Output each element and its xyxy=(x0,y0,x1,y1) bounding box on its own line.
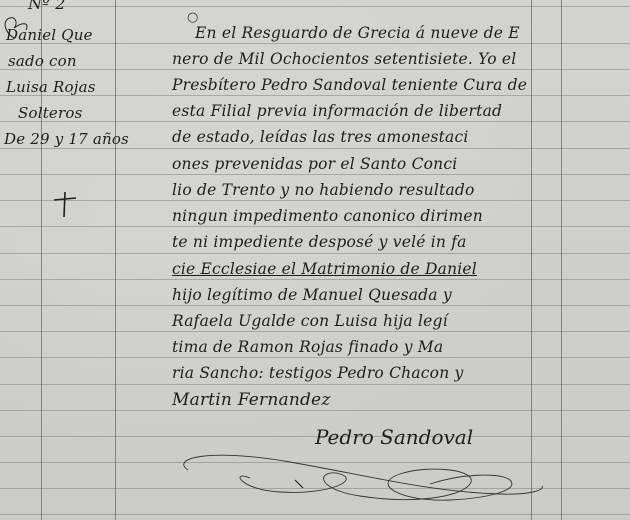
margin-bride-name: Luisa Rojas xyxy=(6,78,96,96)
margin-marital-status: Solteros xyxy=(18,104,83,122)
body-line-8: ningun impedimento canonico dirimen xyxy=(172,207,483,225)
ledger-rule xyxy=(0,174,630,175)
ledger-rule xyxy=(0,200,630,201)
ledger-rule xyxy=(0,43,630,44)
decorative-initial-mark: ○ xyxy=(187,10,198,25)
ledger-rule xyxy=(0,305,630,306)
ledger-rule xyxy=(0,410,630,411)
ledger-rule xyxy=(0,148,630,149)
body-line-11: hijo legítimo de Manuel Quesada y xyxy=(172,286,452,304)
signature-flourish-icon xyxy=(170,440,550,510)
ledger-rule xyxy=(0,514,630,515)
entry-number: Nº 2 xyxy=(28,0,66,13)
body-line-15: Martin Fernandez xyxy=(172,390,330,410)
body-line-3: Presbítero Pedro Sandoval teniente Cura … xyxy=(172,76,527,94)
ledger-rule xyxy=(0,384,630,385)
ledger-rule xyxy=(0,226,630,227)
margin-ages: De 29 y 17 años xyxy=(4,130,129,148)
body-line-10: cie Ecclesiae el Matrimonio de Daniel xyxy=(172,260,477,278)
body-line-14: ria Sancho: testigos Pedro Chacon y xyxy=(172,364,463,382)
ledger-rule xyxy=(0,69,630,70)
ledger-rule xyxy=(0,279,630,280)
body-line-13: tima de Ramon Rojas finado y Ma xyxy=(172,338,443,356)
register-page: Nº 2 Daniel Que sado con Luisa Rojas Sol… xyxy=(0,0,630,520)
ledger-rule xyxy=(0,6,630,7)
body-line-4: esta Filial previa información de libert… xyxy=(172,102,502,120)
margin-groom-name: Daniel Que xyxy=(6,26,93,44)
ledger-rule xyxy=(0,331,630,332)
body-line-9: te ni impediente desposé y velé in fa xyxy=(172,233,467,251)
body-line-12: Rafaela Ugalde con Luisa hija legí xyxy=(172,312,448,330)
body-line-1: En el Resguardo de Grecia á nueve de E xyxy=(195,24,520,42)
body-line-5: de estado, leídas las tres amonestaci xyxy=(172,128,469,146)
ledger-rule xyxy=(0,253,630,254)
body-line-6: ones prevenidas por el Santo Conci xyxy=(172,155,457,173)
ledger-column-rule xyxy=(115,0,116,520)
body-line-2: nero de Mil Ochocientos setentisiete. Yo… xyxy=(172,50,516,68)
ledger-rule xyxy=(0,357,630,358)
margin-married-with: sado con xyxy=(8,52,77,70)
ledger-column-rule xyxy=(561,0,562,520)
body-line-7: lio de Trento y no habiendo resultado xyxy=(172,181,475,199)
cross-icon xyxy=(52,190,78,218)
ledger-rule xyxy=(0,121,630,122)
